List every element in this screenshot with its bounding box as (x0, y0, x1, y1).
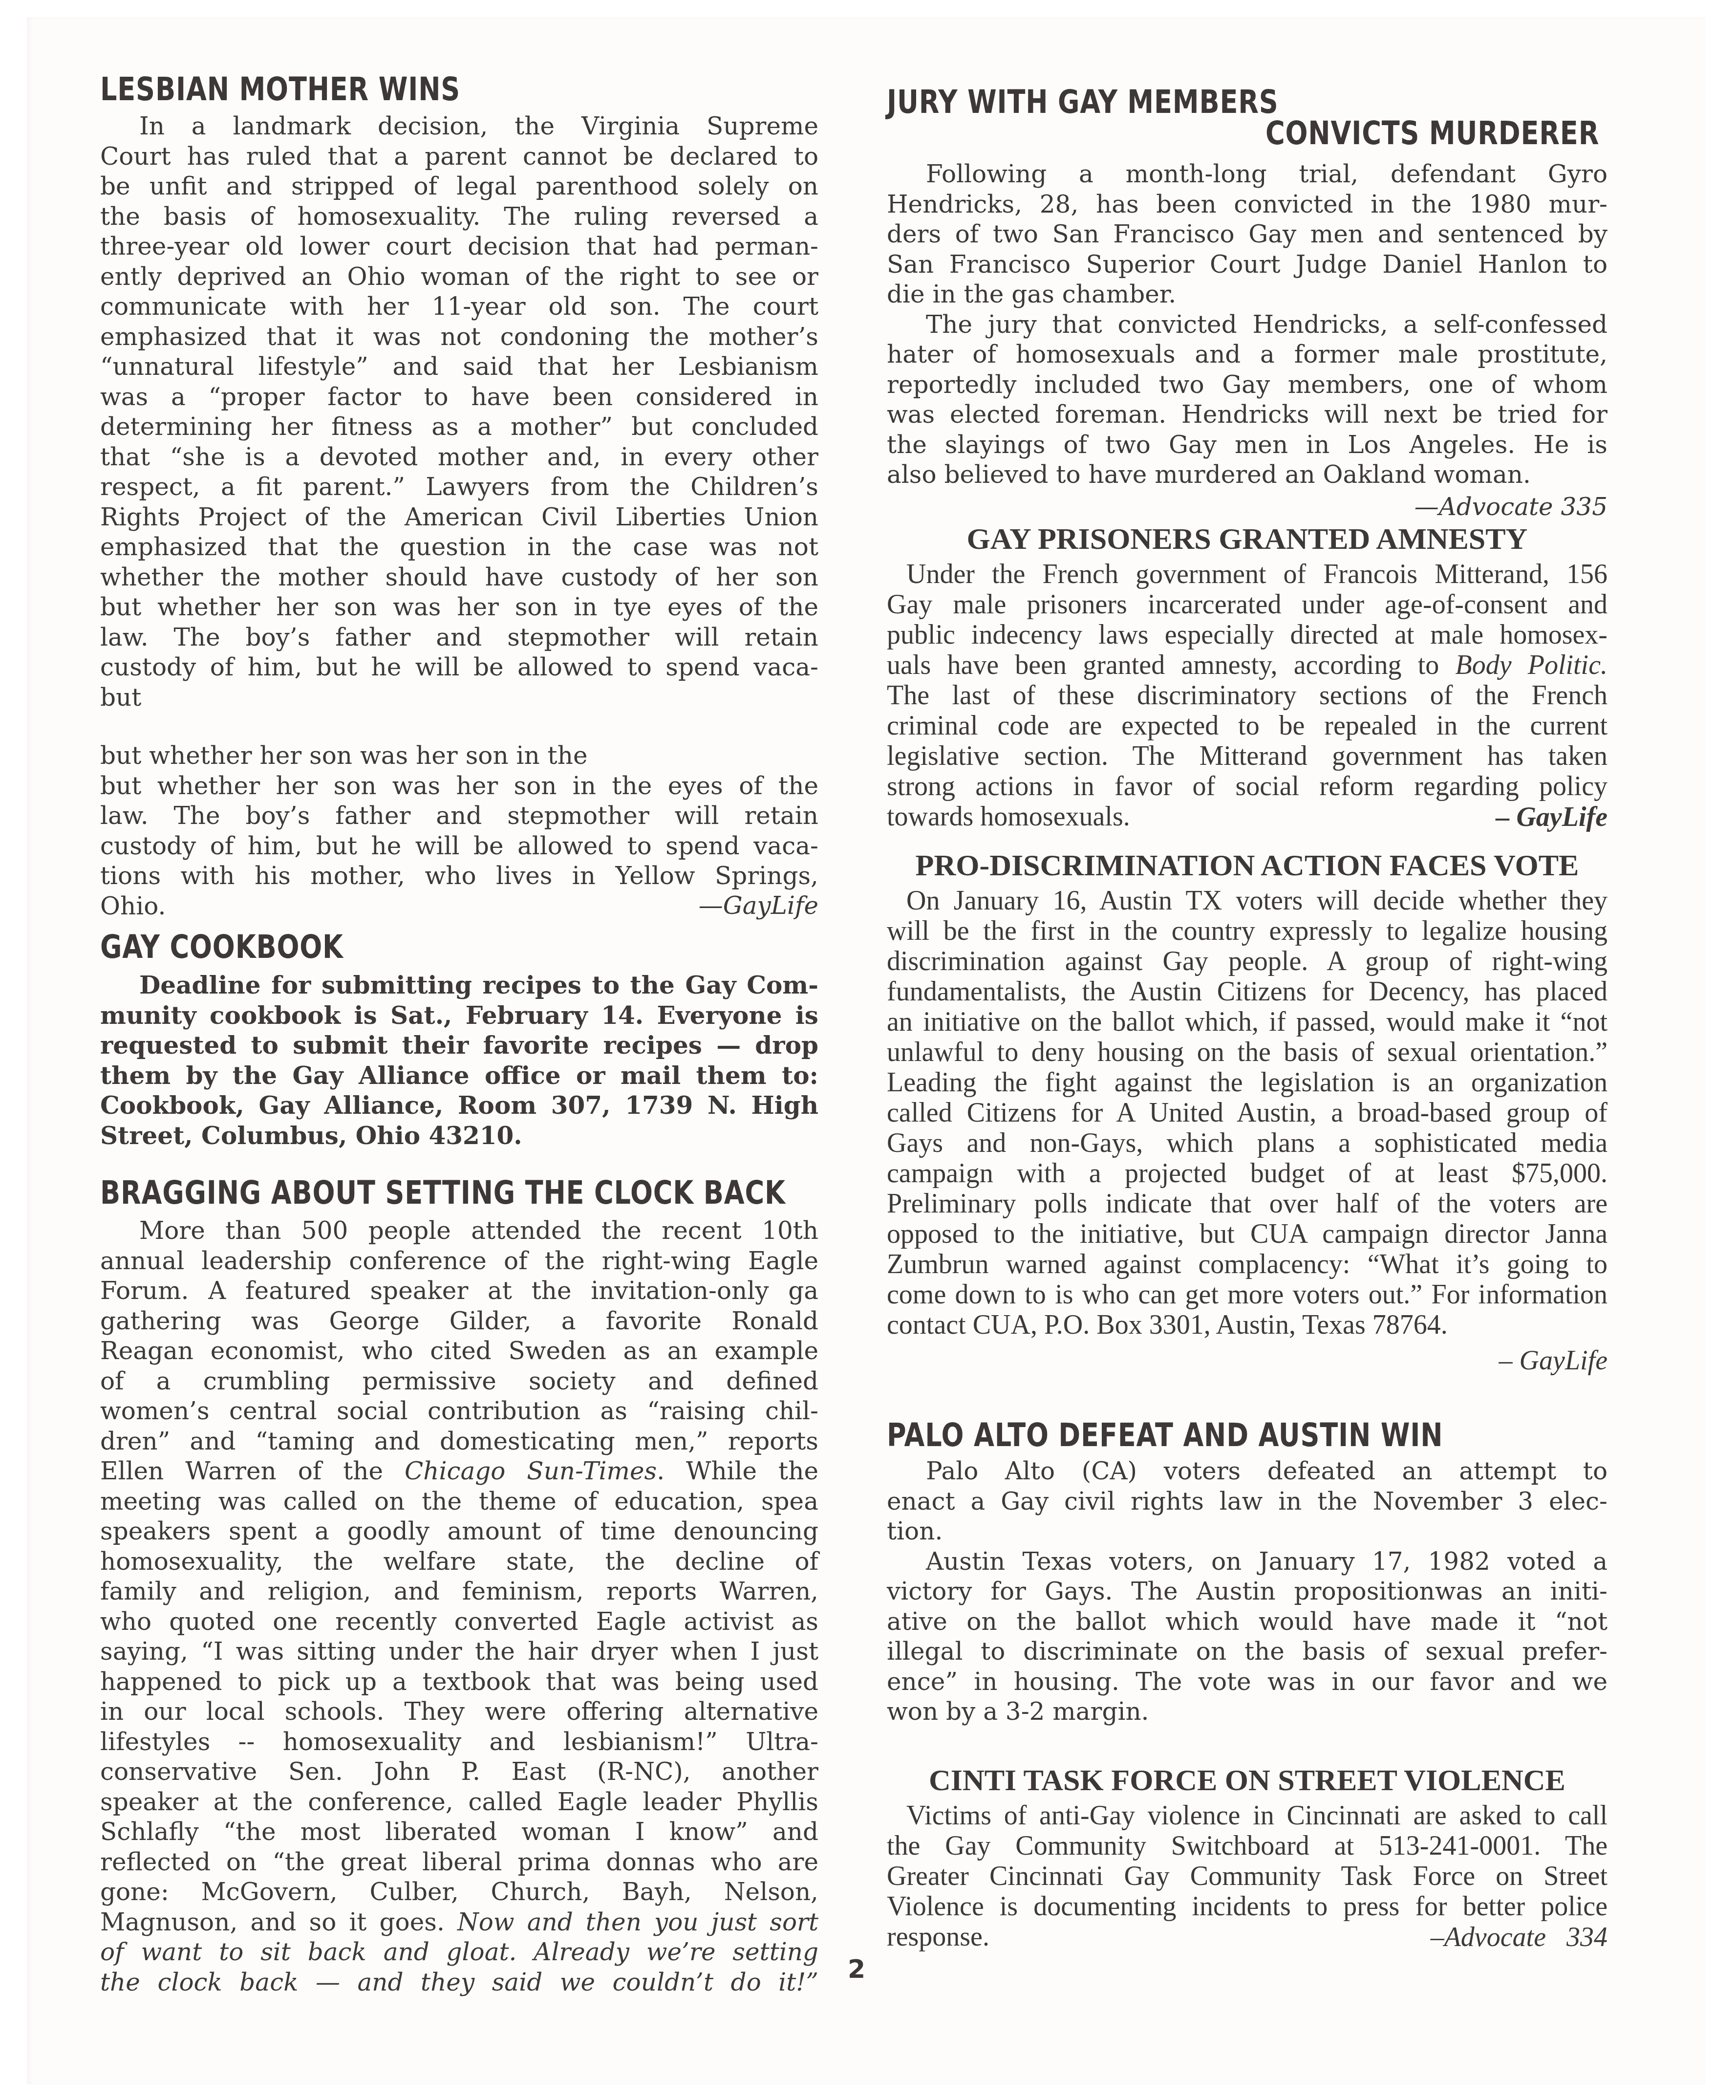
text-line: Austin Texas voters, on January 17, 1982… (887, 1547, 1607, 1577)
text-segment: Magnuson, and so it goes. (100, 1908, 457, 1936)
headline-cinti-task-force: CINTI TASK FORCE ON STREET VIOLENCE (887, 1765, 1607, 1796)
text-line: respect, a fit parent.” Lawyers from the… (100, 472, 818, 502)
headline-gay-cookbook: GAY COOKBOOK (100, 931, 343, 963)
text-line: Court has ruled that a parent cannot be … (100, 142, 818, 172)
text-line: but whether her son was her son in the (100, 741, 818, 771)
text-line: discrimination against Gay people. A gro… (887, 946, 1607, 976)
headline-pro-discrimination: PRO-DISCRIMINATION ACTION FACES VOTE (887, 850, 1607, 881)
text-line: speakers spent a goodly amount of time d… (100, 1516, 818, 1547)
publication-name: Body Politic. (1455, 650, 1607, 680)
text-line: that “she is a devoted mother and, in ev… (100, 442, 818, 473)
text-line: ative on the ballot which would have mad… (887, 1607, 1607, 1637)
text-line: The jury that convicted Hendricks, a sel… (887, 310, 1607, 340)
text-line: campaign with a projected budget of at l… (887, 1158, 1607, 1189)
text-line: also believed to have murdered an Oaklan… (887, 460, 1607, 490)
text-line: but whether her son was her son in the e… (100, 771, 818, 801)
text-line: fundamentalists, the Austin Citizens for… (887, 976, 1607, 1007)
text-line: the Gay Community Switchboard at 513-241… (887, 1831, 1607, 1861)
text-line: legislative section. The Mitterand gover… (887, 741, 1607, 771)
text-line: hater of homosexuals and a former male p… (887, 340, 1607, 370)
text-line: them by the Gay Alliance office or mail … (100, 1061, 818, 1091)
text-line: criminal code are expected to be repeale… (887, 711, 1607, 741)
text-line: ders of two San Francisco Gay men and se… (887, 219, 1607, 250)
text-line: Reagan economist, who cited Sweden as an… (100, 1336, 818, 1366)
text-line: Violence is documenting incidents to pre… (887, 1891, 1607, 1922)
text-line: come down to is who can get more voters … (887, 1279, 1607, 1310)
article-body: Following a month-long trial, defendant … (887, 159, 1607, 490)
text-line: munity cookbook is Sat., February 14. Ev… (100, 1000, 818, 1031)
text-line: uals have been granted amnesty, accordin… (887, 650, 1607, 680)
text-line: was a “proper factor to have been consid… (100, 382, 818, 412)
credit-gaylife: —GayLife (635, 891, 818, 920)
text-line: “unnatural lifestyle” and said that her … (100, 352, 818, 382)
headline-palo-alto: PALO ALTO DEFEAT AND AUSTIN WIN (887, 1419, 1443, 1451)
text-line: an initiative on the ballot which, if pa… (887, 1007, 1607, 1037)
credit-advocate-335: —Advocate 335 (1368, 493, 1607, 521)
text-line: San Francisco Superior Court Judge Danie… (887, 250, 1607, 280)
text-line: communicate with her 11-year old son. Th… (100, 292, 818, 322)
text-line: conservative Sen. John P. East (R-NC), a… (100, 1757, 818, 1787)
text-line: tions with his mother, who lives in Yell… (100, 861, 818, 891)
text-line: On January 16, Austin TX voters will dec… (887, 886, 1607, 916)
text-line: Hendricks, 28, has been convicted in the… (887, 190, 1607, 220)
headline-jury-line1: JURY WITH GAY MEMBERS (887, 86, 1279, 118)
text-line: strong actions in favor of social reform… (887, 771, 1607, 801)
text-line: law. The boy’s father and stepmother wil… (100, 801, 818, 831)
text-line: the basis of homosexuality. The ruling r… (100, 202, 818, 232)
text-line: dren” and “taming and domesticating men,… (100, 1427, 818, 1457)
article-body: Deadline for submitting recipes to the G… (100, 970, 818, 1150)
text-line: but whether her son was her son in tye e… (100, 592, 818, 623)
text-line: Greater Cincinnati Gay Community Task Fo… (887, 1861, 1607, 1891)
text-line: Rights Project of the American Civil Lib… (100, 502, 818, 533)
text-line: The last of these discriminatory section… (887, 680, 1607, 711)
text-line: custody of him, but he will be allowed t… (100, 831, 818, 862)
text-line: victory for Gays. The Austin proposition… (887, 1577, 1607, 1607)
text-segment: . While the (657, 1457, 818, 1485)
text-line: Cookbook, Gay Alliance, Room 307, 1739 N… (100, 1090, 818, 1121)
credit-gaylife: – GayLife (1417, 1345, 1607, 1376)
text-line: illegal to discriminate on the basis of … (887, 1637, 1607, 1667)
text-line: Preliminary polls indicate that over hal… (887, 1189, 1607, 1219)
text-line: Forum. A featured speaker at the invitat… (100, 1276, 818, 1306)
text-line: in our local schools. They were offering… (100, 1697, 818, 1727)
text-line: emphasized that the question in the case… (100, 532, 818, 563)
text-line: reportedly included two Gay members, one… (887, 370, 1607, 400)
headline-prisoners-amnesty: GAY PRISONERS GRANTED AMNESTY (887, 524, 1607, 554)
text-line: custody of him, but he will be allowed t… (100, 652, 818, 683)
text-line: Under the French government of Francois … (887, 559, 1607, 589)
text-line: Leading the fight against the legislatio… (887, 1067, 1607, 1098)
text-line: tion. (887, 1516, 1607, 1547)
text-line: whether the mother should have custody o… (100, 563, 818, 593)
text-line: opposed to the initiative, but CUA campa… (887, 1219, 1607, 1249)
text-line: meeting was called on the theme of educa… (100, 1487, 818, 1517)
text-line: saying, “I was sitting under the hair dr… (100, 1637, 818, 1667)
article-body: In a landmark decision, the Virginia Sup… (100, 111, 818, 713)
quote-italic: Now and then you just sort (457, 1908, 818, 1936)
quote-italic: of want to sit back and gloat. Already w… (100, 1937, 818, 1968)
text-segment: uals have been granted amnesty, accordin… (887, 650, 1455, 680)
headline-clock-back: BRAGGING ABOUT SETTING THE CLOCK BACK (100, 1177, 786, 1209)
text-line: lifestyles -- homosexuality and lesbiani… (100, 1727, 818, 1757)
text-line: die in the gas chamber. (887, 280, 1607, 310)
text-line: who quoted one recently converted Eagle … (100, 1607, 818, 1637)
text-line: happened to pick up a textbook that was … (100, 1667, 818, 1697)
headline-jury-line2: CONVICTS MURDERER (1265, 117, 1599, 150)
text-line: women’s central social contribution as “… (100, 1396, 818, 1427)
text-line: enact a Gay civil rights law in the Nove… (887, 1487, 1607, 1517)
text-line: will be the first in the country express… (887, 916, 1607, 946)
text-line: Victims of anti-Gay violence in Cincinna… (887, 1800, 1607, 1831)
text-line: In a landmark decision, the Virginia Sup… (100, 111, 818, 142)
text-line: requested to submit their favorite recip… (100, 1030, 818, 1061)
text-line: annual leadership conference of the righ… (100, 1246, 818, 1277)
text-line: Magnuson, and so it goes. Now and then y… (100, 1907, 818, 1938)
text-line: Gay male prisoners incarcerated under ag… (887, 589, 1607, 620)
text-line: More than 500 people attended the recent… (100, 1216, 818, 1246)
text-line: was elected foreman. Hendricks will next… (887, 400, 1607, 430)
text-line: called Citizens for A United Austin, a b… (887, 1098, 1607, 1128)
text-line: three-year old lower court decision that… (100, 232, 818, 262)
quote-italic: the clock back — and they said we couldn… (100, 1968, 818, 1998)
text-line: Deadline for submitting recipes to the G… (100, 970, 818, 1000)
text-line: public indecency laws especially directe… (887, 620, 1607, 650)
text-segment: Ellen Warren of the (100, 1457, 405, 1485)
text-line: of a crumbling permissive society and de… (100, 1366, 818, 1397)
credit-advocate-334: –Advocate 334 (1368, 1922, 1607, 1953)
text-line: Zumbrun warned against complacency: “Wha… (887, 1249, 1607, 1279)
article-body: More than 500 people attended the recent… (100, 1216, 818, 1997)
article-body: On January 16, Austin TX voters will dec… (887, 886, 1607, 1340)
text-line: ence” in housing. The vote was in our fa… (887, 1667, 1607, 1697)
text-line: contact CUA, P.O. Box 3301, Austin, Texa… (887, 1310, 1607, 1340)
text-line: emphasized that it was not condoning the… (100, 322, 818, 352)
article-body: Palo Alto (CA) voters defeated an attemp… (887, 1456, 1607, 1727)
text-line: family and religion, and feminism, repor… (100, 1577, 818, 1607)
text-line: Street, Columbus, Ohio 43210. (100, 1121, 818, 1151)
text-line: Palo Alto (CA) voters defeated an attemp… (887, 1456, 1607, 1487)
text-line: but (100, 683, 818, 713)
page-number: 2 (848, 1955, 865, 1984)
text-line: be unfit and stripped of legal parenthoo… (100, 172, 818, 202)
text-line: gone: McGovern, Culber, Church, Bayh, Ne… (100, 1877, 818, 1907)
text-line: determining her fitness as a mother” but… (100, 412, 818, 442)
text-line: Gays and non-Gays, which plans a sophist… (887, 1128, 1607, 1158)
text-line: speaker at the conference, called Eagle … (100, 1787, 818, 1818)
text-line: ently deprived an Ohio woman of the righ… (100, 262, 818, 292)
text-line: law. The boy’s father and stepmother wil… (100, 623, 818, 653)
text-line: Schlafly “the most liberated woman I kno… (100, 1817, 818, 1847)
text-line: reflected on “the great liberal prima do… (100, 1847, 818, 1878)
headline-lesbian-mother-wins: LESBIAN MOTHER WINS (100, 73, 460, 106)
text-line: Following a month-long trial, defendant … (887, 159, 1607, 190)
article-body: Under the French government of Francois … (887, 559, 1607, 832)
text-line: unlawful to deny housing on the basis of… (887, 1037, 1607, 1067)
credit-gaylife: – GayLife (1417, 801, 1607, 833)
text-line: Ellen Warren of the Chicago Sun-Times. W… (100, 1456, 818, 1487)
publication-name: Chicago Sun-Times (405, 1457, 657, 1485)
text-line: the slayings of two Gay men in Los Angel… (887, 430, 1607, 460)
text-line: won by a 3-2 margin. (887, 1697, 1607, 1727)
text-line: homosexuality, the welfare state, the de… (100, 1547, 818, 1577)
text-line: gathering was George Gilder, a favorite … (100, 1306, 818, 1337)
